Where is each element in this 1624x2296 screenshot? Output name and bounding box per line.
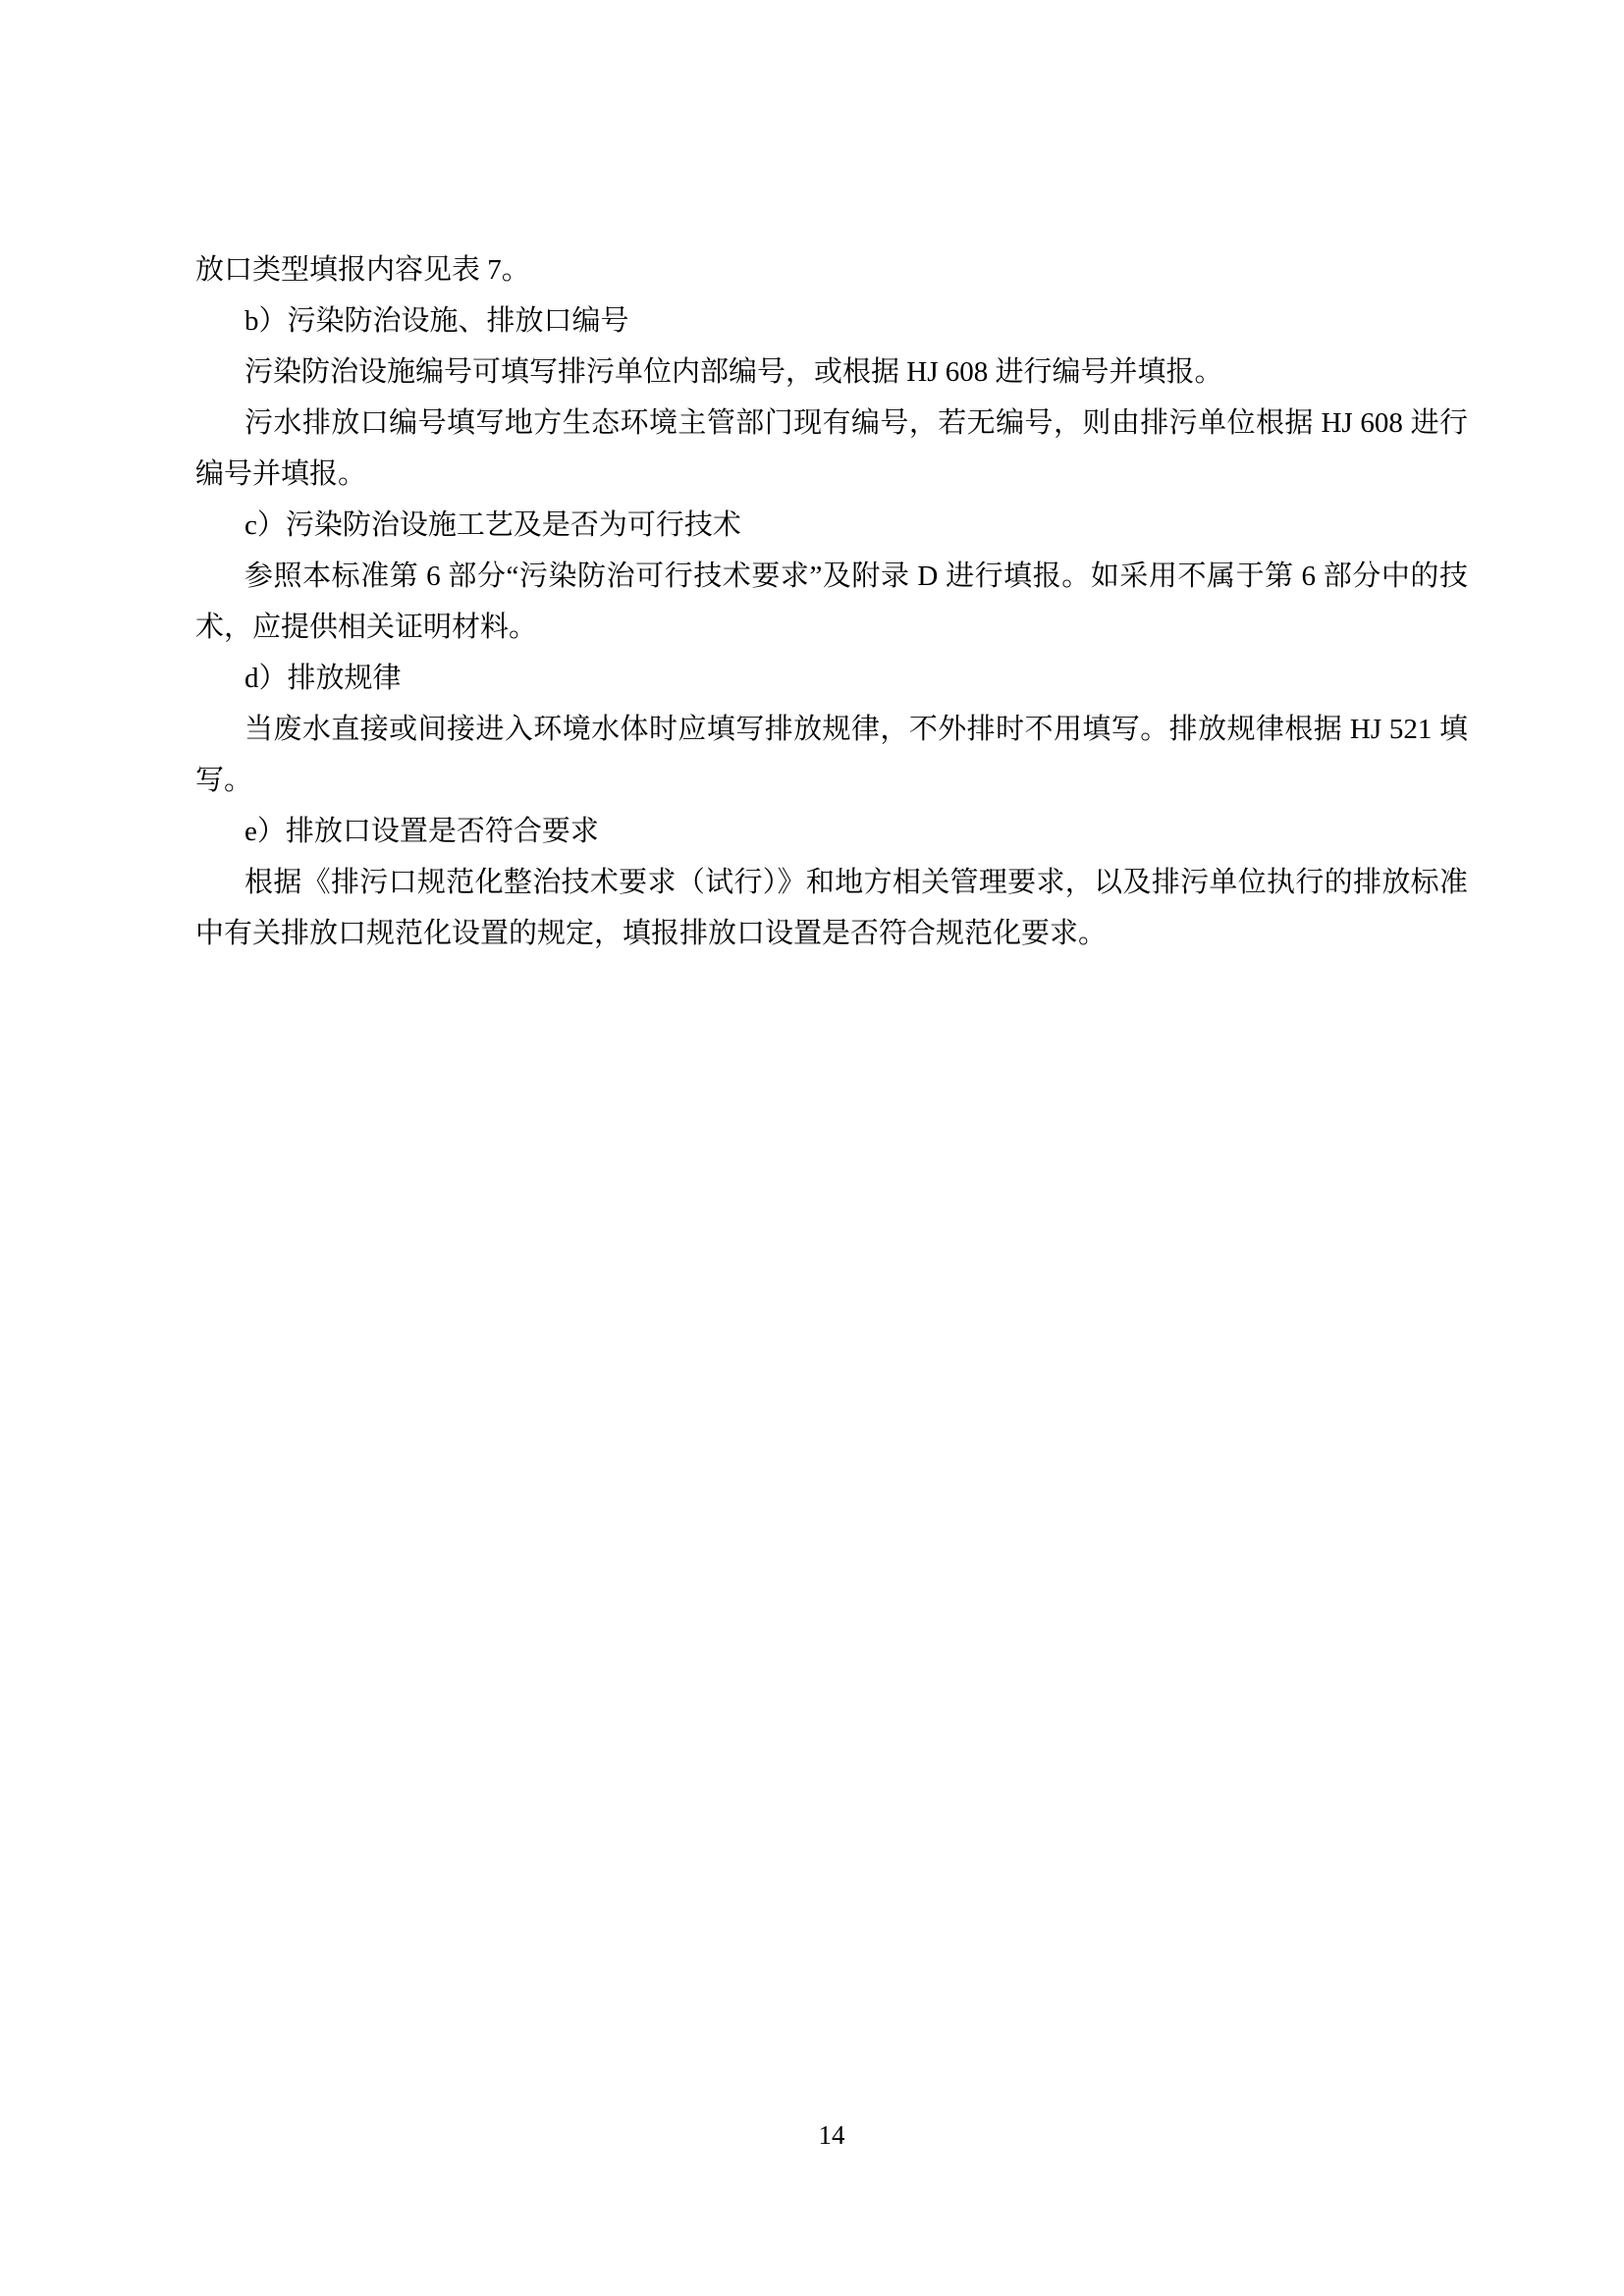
text-line: 污水排放口编号填写地方生态环境主管部门现有编号，若无编号，则由排污单位根据 HJ… <box>195 398 1468 449</box>
page-number: 14 <box>195 2118 1468 2152</box>
text-line: 中有关排放口规范化设置的规定，填报排放口设置是否符合规范化要求。 <box>195 908 1468 959</box>
text-line: 污染防治设施编号可填写排污单位内部编号，或根据 HJ 608 进行编号并填报。 <box>195 347 1468 398</box>
text-line: 放口类型填报内容见表 7。 <box>195 244 1468 295</box>
text-line-list-item-d: d）排放规律 <box>195 653 1468 704</box>
text-line: 编号并填报。 <box>195 449 1468 500</box>
text-line: 根据《排污口规范化整治技术要求（试行）》和地方相关管理要求，以及排污单位执行的排… <box>195 857 1468 908</box>
document-body: 放口类型填报内容见表 7。 b）污染防治设施、排放口编号 污染防治设施编号可填写… <box>195 244 1468 959</box>
text-line-list-item-b: b）污染防治设施、排放口编号 <box>195 295 1468 347</box>
text-line-list-item-e: e）排放口设置是否符合要求 <box>195 806 1468 857</box>
text-line: 术，应提供相关证明材料。 <box>195 602 1468 653</box>
text-line: 参照本标准第 6 部分“污染防治可行技术要求”及附录 D 进行填报。如采用不属于… <box>195 551 1468 602</box>
text-line-list-item-c: c）污染防治设施工艺及是否为可行技术 <box>195 500 1468 551</box>
text-line: 当废水直接或间接进入环境水体时应填写排放规律，不外排时不用填写。排放规律根据 H… <box>195 704 1468 755</box>
text-line: 写。 <box>195 755 1468 806</box>
document-page: 放口类型填报内容见表 7。 b）污染防治设施、排放口编号 污染防治设施编号可填写… <box>0 0 1624 2296</box>
